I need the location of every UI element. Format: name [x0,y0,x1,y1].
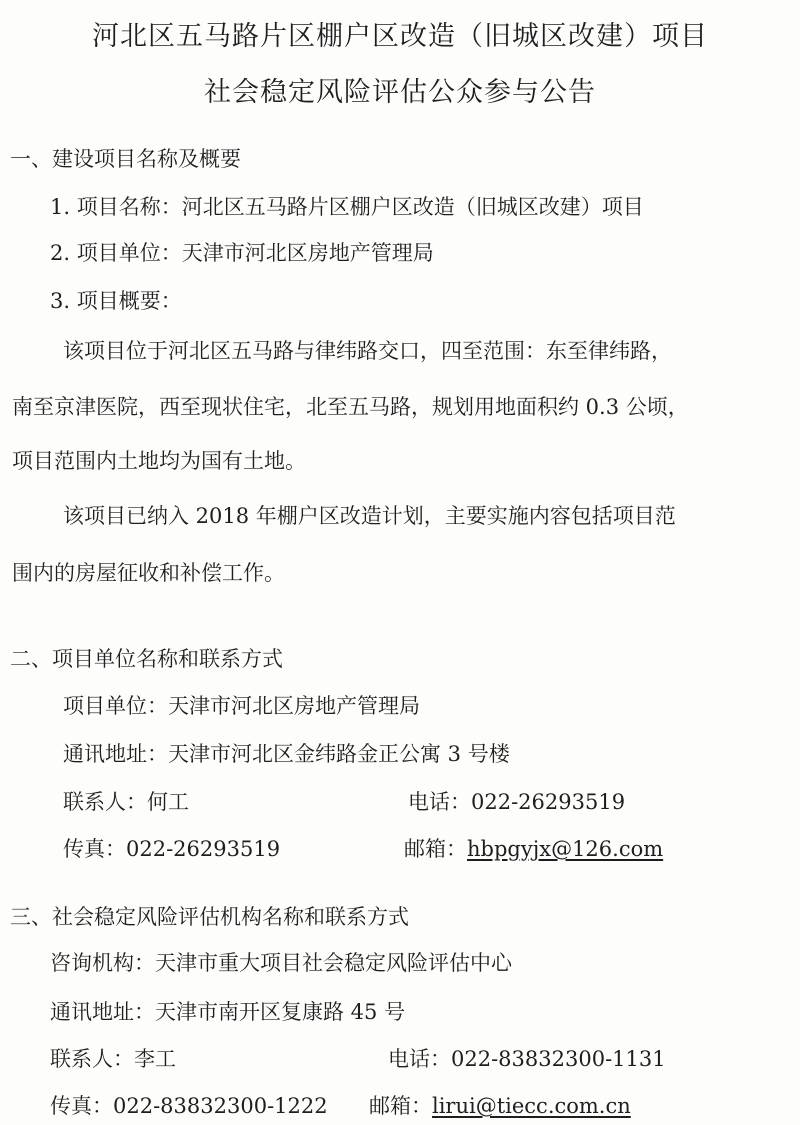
project-fax: 传真：022-26293519 [63,833,280,863]
agency-address: 通讯地址：天津市南开区复康路 45 号 [50,996,405,1026]
overview-paragraph-2-line-2: 围内的房屋征收和补偿工作。 [12,557,285,587]
project-email-label: 邮箱： [404,837,467,861]
agency-fax: 传真：022-83832300-1222 [50,1090,328,1120]
agency-contact-person: 联系人：李工 [50,1043,176,1073]
project-unit-row: 2. 项目单位：天津市河北区房地产管理局 [50,237,434,267]
project-overview-row: 3. 项目概要： [50,285,182,315]
project-contact-person: 联系人：何工 [63,786,189,816]
project-name-value: 河北区五马路片区棚户区改造（旧城区改建）项目 [182,195,644,219]
project-address: 通讯地址：天津市河北区金纬路金正公寓 3 号楼 [63,738,510,768]
project-unit-value: 天津市河北区房地产管理局 [182,241,434,265]
project-name-row: 1. 项目名称：河北区五马路片区棚户区改造（旧城区改建）项目 [50,191,644,221]
project-unit-contact: 项目单位：天津市河北区房地产管理局 [63,690,420,720]
document-title-line-2: 社会稳定风险评估公众参与公告 [0,70,800,109]
agency-email-label: 邮箱： [369,1094,432,1118]
section-3-heading: 三、社会稳定风险评估机构名称和联系方式 [10,901,409,931]
project-phone: 电话：022-26293519 [408,786,625,816]
overview-paragraph-1-line-2: 南至京津医院，西至现状住宅，北至五马路，规划用地面积约 0.3 公顷， [12,391,689,421]
project-email-row: 邮箱：hbpgyjx@126.com [404,833,663,863]
project-name-label: 1. 项目名称： [50,195,182,219]
agency-phone: 电话：022-83832300-1131 [388,1043,666,1073]
project-overview-label: 3. 项目概要： [50,289,182,313]
section-2-heading: 二、项目单位名称和联系方式 [10,643,283,673]
project-email-link[interactable]: hbpgyjx@126.com [467,837,663,861]
agency-email-link[interactable]: lirui@tiecc.com.cn [432,1094,631,1118]
agency-name: 咨询机构：天津市重大项目社会稳定风险评估中心 [50,947,512,977]
overview-paragraph-2-line-1: 该项目已纳入 2018 年棚户区改造计划，主要实施内容包括项目范 [63,500,676,530]
project-unit-label: 2. 项目单位： [50,241,182,265]
overview-paragraph-1-line-1: 该项目位于河北区五马路与律纬路交口，四至范围：东至律纬路， [63,335,672,365]
section-1-heading: 一、建设项目名称及概要 [10,143,241,173]
document-title-line-1: 河北区五马路片区棚户区改造（旧城区改建）项目 [0,14,800,53]
agency-email-row: 邮箱：lirui@tiecc.com.cn [369,1090,631,1120]
document-page: 河北区五马路片区棚户区改造（旧城区改建）项目 社会稳定风险评估公众参与公告 一、… [0,0,800,1125]
overview-paragraph-1-line-3: 项目范围内土地均为国有土地。 [12,445,306,475]
